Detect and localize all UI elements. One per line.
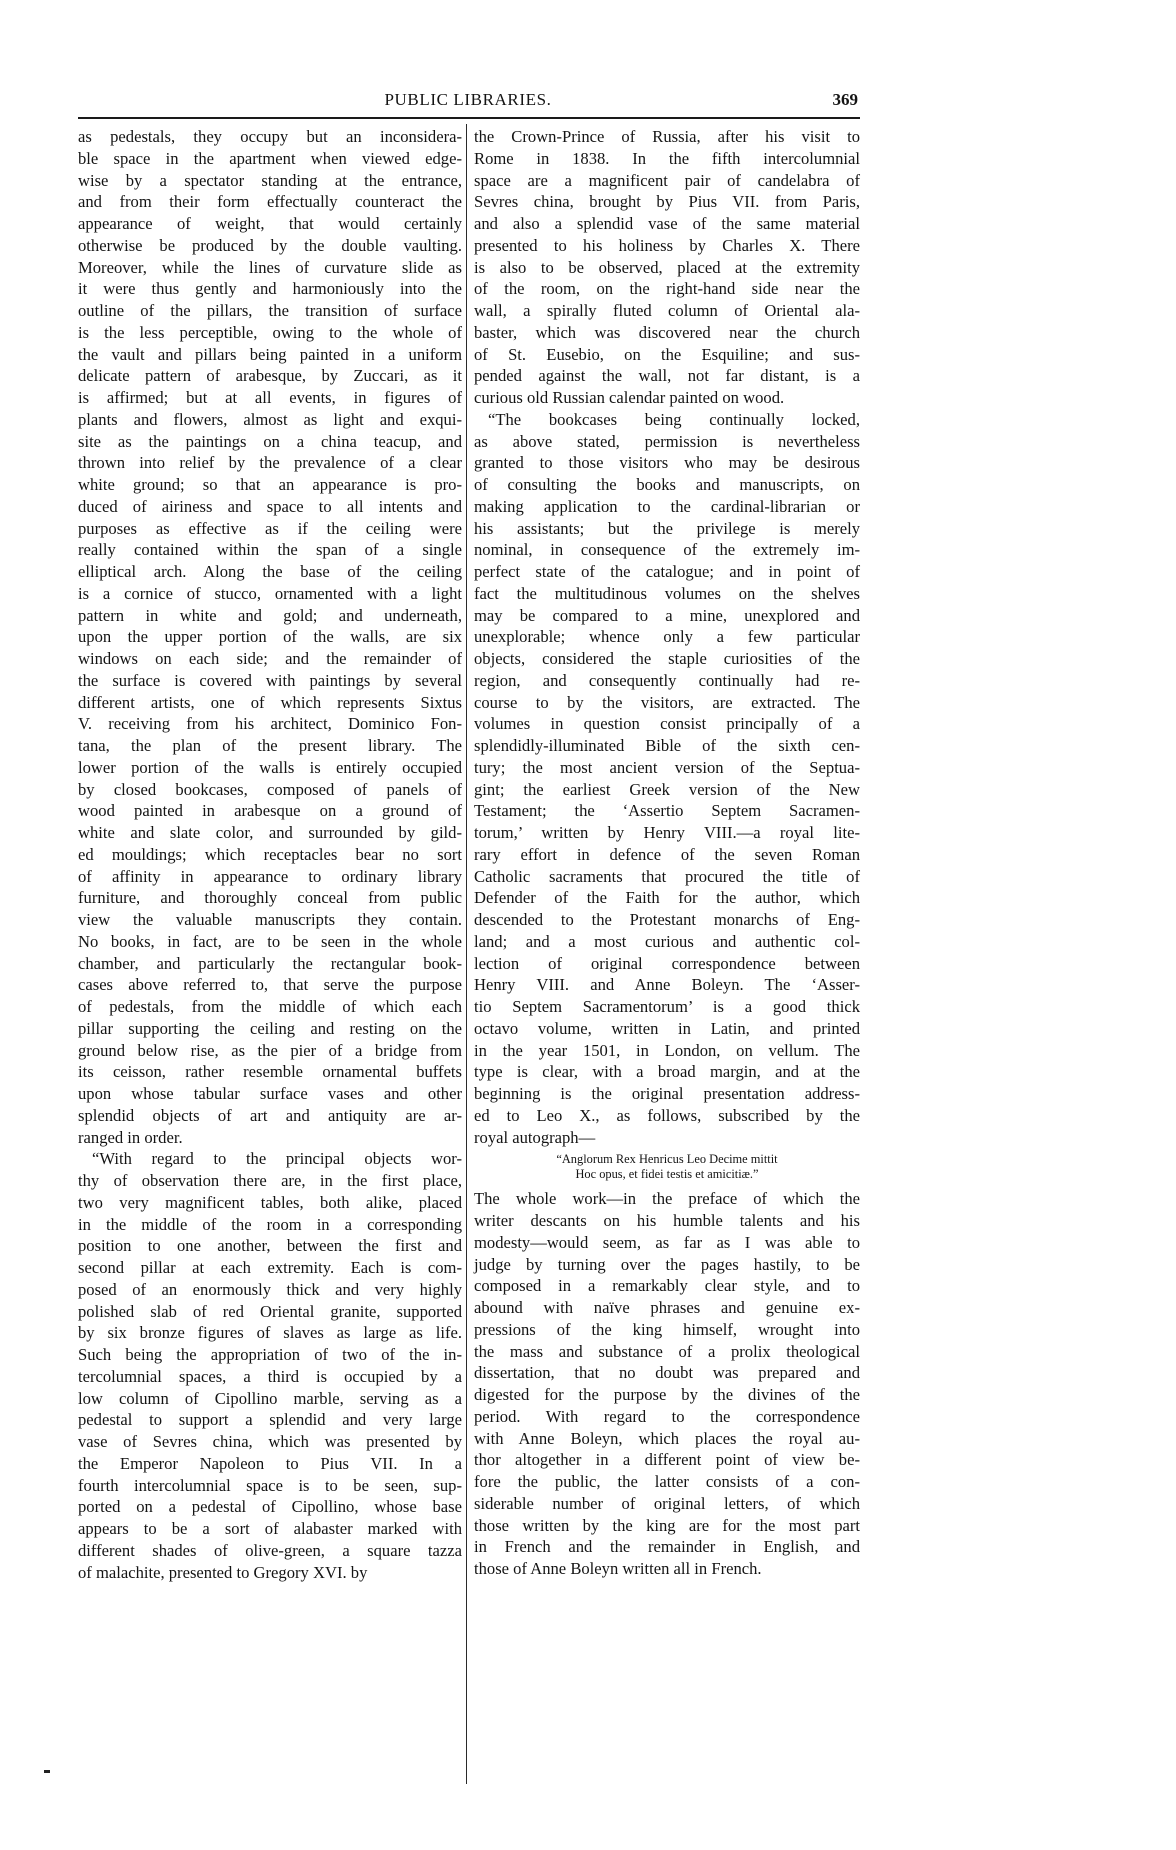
text-line: splendid objects of art and antiquity ar… [78, 1105, 462, 1127]
text-line: white and slate color, and surrounded by… [78, 822, 462, 844]
text-line: thor altogether in a different point of … [474, 1449, 860, 1471]
left-column: as pedestals, they occupy but an inconsi… [78, 126, 462, 1583]
text-line: vase of Sevres china, which was presente… [78, 1431, 462, 1453]
text-line: presented to his holiness by Charles X. … [474, 235, 860, 257]
text-line: purposes as effective as if the ceiling … [78, 518, 462, 540]
text-line: polished slab of red Oriental granite, s… [78, 1301, 462, 1323]
text-line: space are a magnificent pair of candelab… [474, 170, 860, 192]
text-line: tana, the plan of the present library. T… [78, 735, 462, 757]
text-line: cases above referred to, that serve the … [78, 974, 462, 996]
text-line: thrown into relief by the prevalence of … [78, 452, 462, 474]
latin-quotation: “Anglorum Rex Henricus Leo Decime mittit… [474, 1152, 860, 1182]
text-line: those written by the king are for the mo… [474, 1515, 860, 1537]
text-line: its ceisson, rather resemble ornamental … [78, 1061, 462, 1083]
text-line: view the valuable manuscripts they conta… [78, 909, 462, 931]
text-line: tury; the most ancient version of the Se… [474, 757, 860, 779]
text-line: granted to those visitors who may be des… [474, 452, 860, 474]
text-line: by six bronze figures of slaves as large… [78, 1322, 462, 1344]
text-line: in French and the remainder in English, … [474, 1536, 860, 1558]
text-line: pillar supporting the ceiling and restin… [78, 1018, 462, 1040]
text-line: royal autograph— [474, 1127, 860, 1149]
text-line: octavo volume, written in Latin, and pri… [474, 1018, 860, 1040]
text-line: the Emperor Napoleon to Pius VII. In a [78, 1453, 462, 1475]
right-column-text-after-quote: The whole work—in the preface of which t… [474, 1188, 860, 1580]
text-line: V. receiving from his architect, Dominic… [78, 713, 462, 735]
text-line: windows on each side; and the remainder … [78, 648, 462, 670]
text-line: Such being the appropriation of two of t… [78, 1344, 462, 1366]
text-line: gint; the earliest Greek version of the … [474, 779, 860, 801]
text-line: second pillar at each extremity. Each is… [78, 1257, 462, 1279]
text-line: splendidly-illuminated Bible of the sixt… [474, 735, 860, 757]
text-line: digested for the purpose by the divines … [474, 1384, 860, 1406]
text-line: Catholic sacraments that procured the ti… [474, 866, 860, 888]
text-line: descended to the Protestant monarchs of … [474, 909, 860, 931]
text-line: region, and consequently continually had… [474, 670, 860, 692]
text-line: delicate pattern of arabesque, by Zuccar… [78, 365, 462, 387]
text-line: different shades of olive-green, a squar… [78, 1540, 462, 1562]
text-line: tio Septem Sacramentorum’ is a good thic… [474, 996, 860, 1018]
text-line: curious old Russian calendar painted on … [474, 387, 860, 409]
text-line: of malachite, presented to Gregory XVI. … [78, 1562, 462, 1584]
text-line: composed in a remarkably clear style, an… [474, 1275, 860, 1297]
text-line: the mass and substance of a prolix theol… [474, 1341, 860, 1363]
text-line: white ground; so that an appearance is p… [78, 474, 462, 496]
text-line: wood painted in arabesque on a ground of [78, 800, 462, 822]
text-line: and also a splendid vase of the same mat… [474, 213, 860, 235]
text-line: position to one another, between the fir… [78, 1235, 462, 1257]
text-line: “The bookcases being continually locked, [474, 409, 860, 431]
text-line: pattern in white and gold; and underneat… [78, 605, 462, 627]
text-line: Sevres china, brought by Pius VII. from … [474, 191, 860, 213]
text-line: of affinity in appearance to ordinary li… [78, 866, 462, 888]
text-line: different artists, one of which represen… [78, 692, 462, 714]
text-line: perfect state of the catalogue; and in p… [474, 561, 860, 583]
text-line: Defender of the Faith for the author, wh… [474, 887, 860, 909]
text-line: baster, which was discovered near the ch… [474, 322, 860, 344]
text-line: modesty—would seem, as far as I was able… [474, 1232, 860, 1254]
text-line: chamber, and particularly the rectangula… [78, 953, 462, 975]
text-line: by closed bookcases, composed of panels … [78, 779, 462, 801]
text-line: may be compared to a mine, unexplored an… [474, 605, 860, 627]
quote-line-2: Hoc opus, et fidei testis et amicitiæ.” [474, 1167, 860, 1182]
text-line: appears to be a sort of alabaster marked… [78, 1518, 462, 1540]
text-line: of consulting the books and manuscripts,… [474, 474, 860, 496]
text-line: “With regard to the principal objects wo… [78, 1148, 462, 1170]
text-line: ble space in the apartment when viewed e… [78, 148, 462, 170]
column-divider [466, 124, 467, 1784]
text-line: pressions of the king himself, wrought i… [474, 1319, 860, 1341]
text-line: site as the paintings on a china teacup,… [78, 431, 462, 453]
text-line: his assistants; but the privilege is mer… [474, 518, 860, 540]
text-line: making application to the cardinal-libra… [474, 496, 860, 518]
text-line: ed mouldings; which receptacles bear no … [78, 844, 462, 866]
text-line: beginning is the original presentation a… [474, 1083, 860, 1105]
text-line: course to by the visitors, are extracted… [474, 692, 860, 714]
text-line: and from their form effectually countera… [78, 191, 462, 213]
right-column-text-before-quote: the Crown-Prince of Russia, after his vi… [474, 126, 860, 1148]
text-line: furniture, and thoroughly conceal from p… [78, 887, 462, 909]
text-line: siderable number of original letters, of… [474, 1493, 860, 1515]
text-line: it were thus gently and harmoniously int… [78, 278, 462, 300]
text-line: of pedestals, from the middle of which e… [78, 996, 462, 1018]
text-line: otherwise be produced by the double vaul… [78, 235, 462, 257]
text-line: dissertation, that no doubt was prepared… [474, 1362, 860, 1384]
text-line: wall, a spirally fluted column of Orient… [474, 300, 860, 322]
text-line: type is clear, with a broad margin, and … [474, 1061, 860, 1083]
page-number: 369 [833, 90, 859, 110]
text-line: land; and a most curious and authentic c… [474, 931, 860, 953]
text-line: of the room, on the right-hand side near… [474, 278, 860, 300]
text-line: writer descants on his humble talents an… [474, 1210, 860, 1232]
text-line: fore the public, the latter consists of … [474, 1471, 860, 1493]
text-line: posed of an enormously thick and very hi… [78, 1279, 462, 1301]
margin-mark [44, 1770, 50, 1773]
text-line: ground below rise, as the pier of a brid… [78, 1040, 462, 1062]
header-rule [78, 117, 860, 119]
text-line: volumes in question consist principally … [474, 713, 860, 735]
text-line: as above stated, permission is neverthel… [474, 431, 860, 453]
text-line: in the year 1501, in London, on vellum. … [474, 1040, 860, 1062]
text-line: pedestal to support a splendid and very … [78, 1409, 462, 1431]
text-line: abound with naïve phrases and genuine ex… [474, 1297, 860, 1319]
text-line: plants and flowers, almost as light and … [78, 409, 462, 431]
text-line: of St. Eusebio, on the Esquiline; and su… [474, 344, 860, 366]
text-line: ranged in order. [78, 1127, 462, 1149]
text-line: as pedestals, they occupy but an inconsi… [78, 126, 462, 148]
text-line: judge by turning over the pages hastily,… [474, 1254, 860, 1276]
text-line: really contained within the span of a si… [78, 539, 462, 561]
text-line: in the middle of the room in a correspon… [78, 1214, 462, 1236]
text-line: is affirmed; but at all events, in figur… [78, 387, 462, 409]
text-line: upon the upper portion of the walls, are… [78, 626, 462, 648]
running-title: PUBLIC LIBRARIES. [78, 90, 858, 110]
text-line: Testament; the ‘Assertio Septem Sacramen… [474, 800, 860, 822]
text-line: low column of Cipollino marble, serving … [78, 1388, 462, 1410]
text-line: ported on a pedestal of Cipollino, whose… [78, 1496, 462, 1518]
text-line: Rome in 1838. In the fifth intercolumnia… [474, 148, 860, 170]
running-head: PUBLIC LIBRARIES. 369 [78, 88, 858, 112]
book-page: PUBLIC LIBRARIES. 369 as pedestals, they… [0, 0, 1176, 1850]
text-line: duced of airiness and space to all inten… [78, 496, 462, 518]
text-line: two very magnificent tables, both alike,… [78, 1192, 462, 1214]
text-line: pended against the wall, not far distant… [474, 365, 860, 387]
text-line: nominal, in consequence of the extremely… [474, 539, 860, 561]
text-line: lower portion of the walls is entirely o… [78, 757, 462, 779]
text-line: outline of the pillars, the transition o… [78, 300, 462, 322]
text-line: the vault and pillars being painted in a… [78, 344, 462, 366]
text-line: elliptical arch. Along the base of the c… [78, 561, 462, 583]
text-line: those of Anne Boleyn written all in Fren… [474, 1558, 860, 1580]
text-line: unexplorable; whence only a few particul… [474, 626, 860, 648]
text-line: thy of observation there are, in the fir… [78, 1170, 462, 1192]
text-line: lection of original correspondence betwe… [474, 953, 860, 975]
text-line: the surface is covered with paintings by… [78, 670, 462, 692]
text-line: fact the multitudinous volumes on the sh… [474, 583, 860, 605]
text-line: The whole work—in the preface of which t… [474, 1188, 860, 1210]
text-line: is the less perceptible, owing to the wh… [78, 322, 462, 344]
text-line: Moreover, while the lines of curvature s… [78, 257, 462, 279]
text-line: is a cornice of stucco, ornamented with … [78, 583, 462, 605]
text-line: rary effort in defence of the seven Roma… [474, 844, 860, 866]
text-line: torum,’ written by Henry VIII.—a royal l… [474, 822, 860, 844]
text-line: No books, in fact, are to be seen in the… [78, 931, 462, 953]
text-line: upon whose tabular surface vases and oth… [78, 1083, 462, 1105]
text-line: the Crown-Prince of Russia, after his vi… [474, 126, 860, 148]
text-line: appearance of weight, that would certain… [78, 213, 462, 235]
text-line: objects, considered the staple curiositi… [474, 648, 860, 670]
text-line: wise by a spectator standing at the entr… [78, 170, 462, 192]
text-line: fourth intercolumnial space is to be see… [78, 1475, 462, 1497]
right-column: the Crown-Prince of Russia, after his vi… [474, 126, 860, 1580]
text-line: ed to Leo X., as follows, subscribed by … [474, 1105, 860, 1127]
text-line: is also to be observed, placed at the ex… [474, 257, 860, 279]
text-line: period. With regard to the correspondenc… [474, 1406, 860, 1428]
text-line: Henry VIII. and Anne Boleyn. The ‘Asser- [474, 974, 860, 996]
text-line: tercolumnial spaces, a third is occupied… [78, 1366, 462, 1388]
quote-line-1: “Anglorum Rex Henricus Leo Decime mittit [474, 1152, 860, 1167]
text-line: with Anne Boleyn, which places the royal… [474, 1428, 860, 1450]
